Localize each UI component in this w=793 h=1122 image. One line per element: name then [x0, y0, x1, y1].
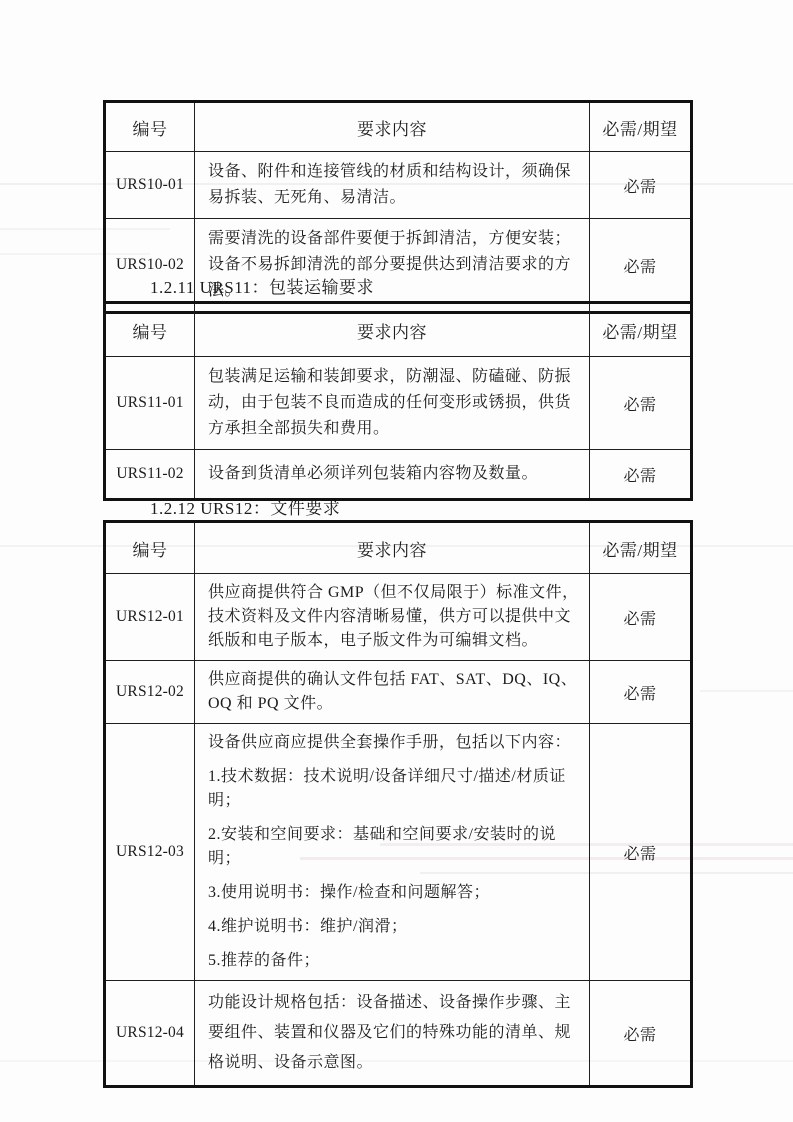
urs11-table: 编号 要求内容 必需/期望 URS11-01 包装满足运输和装卸要求，防潮湿、防… [103, 301, 693, 501]
requirement-level: 必需 [590, 219, 692, 313]
requirement-content: 需要清洗的设备部件要便于拆卸清洁，方便安装；设备不易拆卸清洗的部分要提供达到清洁… [195, 219, 590, 313]
requirement-content: 供应商提供符合 GMP（但不仅局限于）标准文件，技术资料及文件内容清晰易懂，供方… [195, 574, 590, 661]
requirement-content: 设备到货清单必须详列包装箱内容物及数量。 [195, 450, 590, 500]
column-header-content: 要求内容 [195, 303, 590, 357]
urs12-table: 编号 要求内容 必需/期望 URS12-01 供应商提供符合 GMP（但不仅局限… [103, 520, 693, 1088]
requirement-level: 必需 [590, 357, 692, 450]
content-paragraph: 包装满足运输和装卸要求，防潮湿、防磕碰、防振动，由于包装不良而造成的任何变形或锈… [208, 364, 579, 442]
requirement-content: 设备供应商应提供全套操作手册，包括以下内容： 1.技术数据：技术说明/设备详细尺… [195, 724, 590, 981]
table-row: URS12-01 供应商提供符合 GMP（但不仅局限于）标准文件，技术资料及文件… [105, 574, 692, 661]
table-header-row: 编号 要求内容 必需/期望 [105, 522, 692, 574]
requirement-id: URS12-01 [105, 574, 195, 661]
requirement-content: 供应商提供的确认文件包括 FAT、SAT、DQ、IQ、OQ 和 PQ 文件。 [195, 661, 590, 724]
requirement-level: 必需 [590, 661, 692, 724]
requirement-content: 设备、附件和连接管线的材质和结构设计，须确保易拆装、无死角、易清洁。 [195, 152, 590, 219]
content-paragraph: 功能设计规格包括：设备描述、设备操作步骤、主要组件、装置和仪器及它们的特殊功能的… [208, 988, 579, 1078]
column-header-content: 要求内容 [195, 522, 590, 574]
content-paragraph: 3.使用说明书：操作/检查和问题解答； [208, 881, 579, 905]
requirement-id: URS12-04 [105, 981, 195, 1087]
column-header-requirement: 必需/期望 [590, 522, 692, 574]
content-paragraph: 2.安装和空间要求：基础和空间要求/安装时的说明； [208, 823, 579, 871]
content-paragraph: 设备、附件和连接管线的材质和结构设计，须确保易拆装、无死角、易清洁。 [208, 159, 579, 211]
section-heading-urs12: 1.2.12 URS12：文件要求 [150, 494, 340, 519]
table-row: URS10-01 设备、附件和连接管线的材质和结构设计，须确保易拆装、无死角、易… [105, 152, 692, 219]
content-paragraph: 供应商提供的确认文件包括 FAT、SAT、DQ、IQ、OQ 和 PQ 文件。 [208, 668, 579, 716]
table-row: URS12-04 功能设计规格包括：设备描述、设备操作步骤、主要组件、装置和仪器… [105, 981, 692, 1087]
table-row: URS11-02 设备到货清单必须详列包装箱内容物及数量。 必需 [105, 450, 692, 500]
requirement-id: URS11-01 [105, 357, 195, 450]
column-header-id: 编号 [105, 522, 195, 574]
table-row: URS12-02 供应商提供的确认文件包括 FAT、SAT、DQ、IQ、OQ 和… [105, 661, 692, 724]
column-header-id: 编号 [105, 102, 195, 152]
requirement-level: 必需 [590, 574, 692, 661]
content-paragraph: 设备到货清单必须详列包装箱内容物及数量。 [208, 461, 579, 487]
requirement-level: 必需 [590, 724, 692, 981]
requirement-id: URS10-02 [105, 219, 195, 313]
content-paragraph: 5.推荐的备件； [208, 949, 579, 973]
requirement-id: URS11-02 [105, 450, 195, 500]
requirement-id: URS12-02 [105, 661, 195, 724]
table-header-row: 编号 要求内容 必需/期望 [105, 102, 692, 152]
requirement-content: 功能设计规格包括：设备描述、设备操作步骤、主要组件、装置和仪器及它们的特殊功能的… [195, 981, 590, 1087]
document-page: 编号 要求内容 必需/期望 URS10-01 设备、附件和连接管线的材质和结构设… [0, 0, 793, 1122]
requirement-id: URS10-01 [105, 152, 195, 219]
column-header-id: 编号 [105, 303, 195, 357]
table-row: URS12-03 设备供应商应提供全套操作手册，包括以下内容： 1.技术数据：技… [105, 724, 692, 981]
column-header-requirement: 必需/期望 [590, 102, 692, 152]
content-paragraph: 4.维护说明书：维护/润滑； [208, 915, 579, 939]
column-header-requirement: 必需/期望 [590, 303, 692, 357]
content-paragraph: 1.技术数据：技术说明/设备详细尺寸/描述/材质证明； [208, 765, 579, 813]
requirement-level: 必需 [590, 981, 692, 1087]
content-paragraph: 供应商提供符合 GMP（但不仅局限于）标准文件，技术资料及文件内容清晰易懂，供方… [208, 581, 579, 653]
scan-artifact [700, 690, 793, 692]
table-header-row: 编号 要求内容 必需/期望 [105, 303, 692, 357]
table-row: URS11-01 包装满足运输和装卸要求，防潮湿、防磕碰、防振动，由于包装不良而… [105, 357, 692, 450]
section-heading-urs11: 1.2.11 URS11：包装运输要求 [150, 273, 374, 298]
requirement-content: 包装满足运输和装卸要求，防潮湿、防磕碰、防振动，由于包装不良而造成的任何变形或锈… [195, 357, 590, 450]
requirement-id: URS12-03 [105, 724, 195, 981]
requirement-level: 必需 [590, 450, 692, 500]
column-header-content: 要求内容 [195, 102, 590, 152]
content-paragraph: 设备供应商应提供全套操作手册，包括以下内容： [208, 731, 579, 755]
table-row: URS10-02 需要清洗的设备部件要便于拆卸清洁，方便安装；设备不易拆卸清洗的… [105, 219, 692, 313]
requirement-level: 必需 [590, 152, 692, 219]
